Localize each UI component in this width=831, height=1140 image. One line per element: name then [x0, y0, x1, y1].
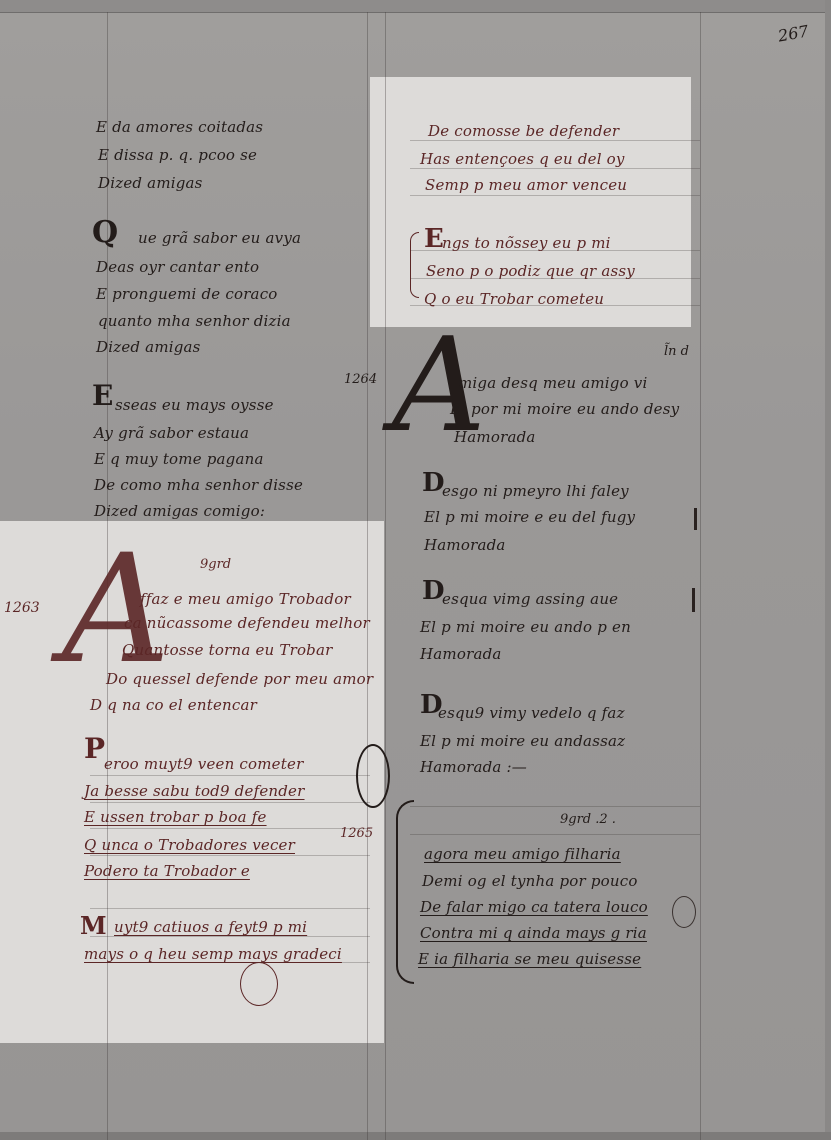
verse-line: El p mi moire eu andassaz [420, 732, 625, 750]
verse-line: De como mha senhor disse [94, 476, 303, 494]
verse-line: E ussen trobar p boa fe [84, 808, 267, 826]
rubric: 9grd .2 . [560, 812, 616, 827]
ruling-line [410, 195, 700, 196]
verse-line: Dized amigas comigo: [94, 502, 265, 520]
verse-line: Dized amigas [96, 338, 201, 356]
margin-mark [694, 508, 697, 530]
verse-line: De comosse be defender [428, 122, 619, 140]
ruling-line [90, 908, 370, 909]
verse-line: El p mi moire e eu del fugy [424, 508, 635, 526]
ruling-line [410, 140, 700, 141]
ruling-vertical-center-right [385, 12, 386, 1140]
verse-line: Hamorada [424, 536, 506, 554]
verse-line: Q unca o Trobadores vecer [84, 836, 295, 854]
verse-line: Hamorada :— [420, 758, 527, 776]
verse-line: esqua vimg assing aue [442, 590, 618, 608]
verse-line: Semp p meu amor venceu [425, 176, 627, 194]
verse-line: Do quessel defende por meu amor [106, 670, 373, 688]
page-top-edge [0, 0, 831, 13]
verse-line: miga desq meu amigo vi [458, 374, 647, 392]
verse-line: E pronguemi de coraco [96, 285, 278, 303]
verse-line: E da amores coitadas [96, 118, 263, 136]
verse-line: ngs to nõssey eu p mi [442, 234, 611, 252]
rubric: 9grd [200, 557, 231, 572]
verse-line: Q o eu Trobar cometeu [424, 290, 604, 308]
verse-line: ca nũcassome defendeu melhor [124, 614, 370, 632]
verse-line: El p mi moire eu ando p en [420, 618, 631, 636]
ruling-vertical-center-left [367, 12, 368, 1140]
verse-line: quanto mha senhor dizia [98, 312, 291, 330]
verse-line: E q muy tome pagana [94, 450, 264, 468]
verse-line: Dized amigas [98, 174, 203, 192]
manuscript-page: 267 E da amores coitadas E dissa p. q. p… [0, 0, 831, 1140]
verse-line: Hamorada [454, 428, 536, 446]
verse-line: ffaz e meu amigo Trobador [140, 590, 351, 608]
verse-line: Demi og el tynha por pouco [422, 872, 638, 890]
initial-letter: Q [92, 218, 118, 248]
verse-line: Quantosse torna eu Trobar [122, 641, 333, 659]
verse-line: De falar migo ca tatera louco [420, 898, 648, 916]
initial-letter: P [84, 735, 105, 763]
verse-line: Hamorada [420, 645, 502, 663]
verse-line: Ay grã sabor estaua [94, 424, 249, 442]
margin-number: 1263 [4, 600, 40, 616]
verse-line: D q na co el entencar [90, 696, 257, 714]
flourish-ornament [240, 962, 278, 1006]
ruling-line [410, 834, 700, 835]
verse-line: esqu9 vimy vedelo q faz [438, 704, 625, 722]
flourish-ornament [356, 744, 390, 808]
page-bottom-edge [0, 1132, 831, 1140]
bracket-mark [410, 232, 419, 298]
page-right-edge [825, 0, 831, 1140]
ruling-line [90, 936, 370, 937]
ruling-line [90, 855, 370, 856]
decorated-initial: A [62, 535, 170, 685]
verse-line: mays o q heu semp mays gradeci [84, 945, 342, 963]
verse-line: Podero ta Trobador e [84, 862, 250, 880]
flourish-ornament [672, 896, 696, 928]
initial-letter: E [424, 226, 444, 252]
decorated-initial-bracket [396, 800, 414, 984]
margin-number: 1265 [340, 826, 373, 841]
ruling-vertical-right [700, 12, 701, 1140]
verse-line: uyt9 catiuos a feyt9 p mi [114, 918, 307, 936]
ruling-line [410, 168, 700, 169]
initial-letter: M [80, 914, 107, 938]
margin-note: l̃n d [664, 344, 689, 359]
verse-line: Contra mi q ainda mays g ria [420, 924, 647, 942]
folio-number: 267 [777, 21, 810, 45]
verse-line: El por mi moire eu ando desy [450, 400, 679, 418]
verse-line: Deas oyr cantar ento [96, 258, 259, 276]
ruling-line [90, 802, 370, 803]
margin-mark [692, 588, 695, 612]
verse-line: Seno p o podiz que qr assy [426, 262, 635, 280]
ruling-line [90, 775, 370, 776]
verse-line: E ia filharia se meu quisesse [418, 950, 641, 968]
initial-letter: E [92, 382, 113, 410]
ruling-line [90, 828, 370, 829]
verse-line: sseas eu mays oysse [115, 396, 274, 414]
verse-line: Ja besse sabu tod9 defender [84, 782, 305, 800]
verse-line: agora meu amigo filharia [424, 845, 621, 863]
verse-line: ue grã sabor eu avya [138, 229, 301, 247]
verse-line: E dissa p. q. pcoo se [98, 146, 257, 164]
ruling-line [410, 806, 700, 807]
verse-line: eroo muyt9 veen cometer [104, 755, 303, 773]
margin-number: 1264 [344, 372, 377, 387]
verse-line: Has entençoes q eu del oy [420, 150, 625, 168]
verse-line: esgo ni pmeyro lhi faley [442, 482, 629, 500]
